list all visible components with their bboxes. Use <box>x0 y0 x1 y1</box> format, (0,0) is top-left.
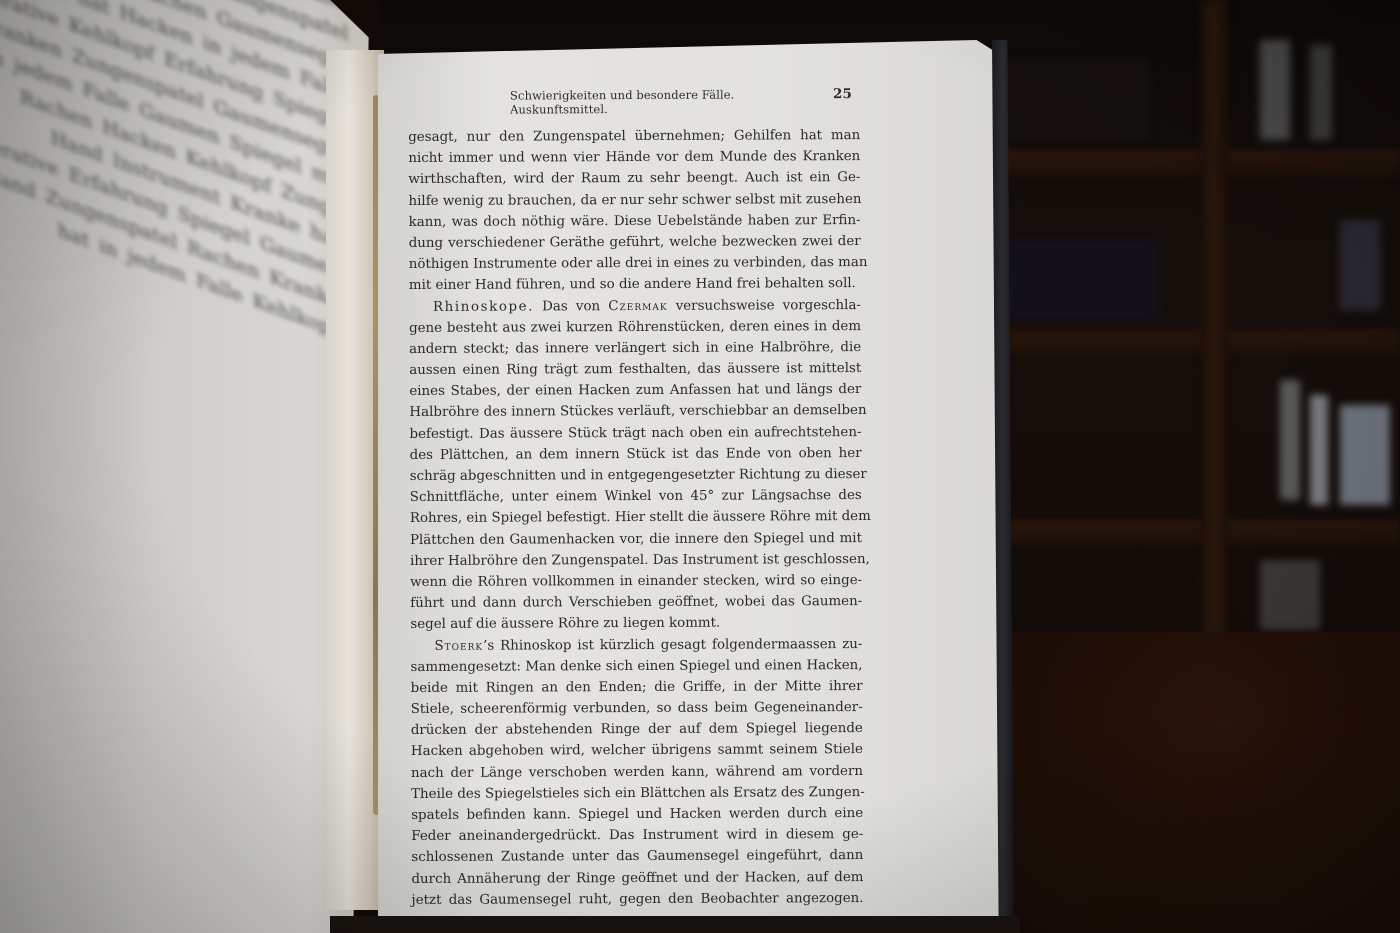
text-line: ihrer Halbröhre den Zungenspatel. Das In… <box>410 549 862 572</box>
text-line: Theile des Spiegelstieles sich ein Blätt… <box>411 782 863 805</box>
text-line: nicht immer und wenn vier Hände vor dem … <box>408 146 860 169</box>
text-line: Rohres, ein Spiegel befestigt. Hier stel… <box>410 506 862 529</box>
text-line: gene besteht aus zwei kurzen Röhrenstück… <box>409 316 861 339</box>
text-line: aussen einen Ring trägt zum festhalten, … <box>409 358 861 381</box>
text-line: kann, was doch nöthig wäre. Diese Uebels… <box>409 210 861 233</box>
book-spine <box>1310 395 1328 505</box>
text-line: schlossenen Zustande unter das Gaumenseg… <box>411 845 863 868</box>
text-line: Stiele, scheerenförmig verbunden, so das… <box>411 697 863 720</box>
text-line: führt und dann durch Verschieben geöffne… <box>410 591 862 614</box>
text-line: sammengesetzt: Man denke sich einen Spie… <box>410 655 862 678</box>
book-spine <box>1280 380 1300 500</box>
text-line: Hacken abgehoben wird, welcher übrigens … <box>411 739 863 762</box>
text-line: beide mit Ringen an den Enden; die Griff… <box>411 676 863 699</box>
text-line: wirthschaften, wird der Raum zu sehr bee… <box>408 167 860 190</box>
book-spine <box>1260 40 1290 140</box>
book-spine <box>1260 560 1320 630</box>
text-line: spatels befinden kann. Spiegel und Hacke… <box>411 803 863 826</box>
shelf-post <box>1200 0 1228 640</box>
text-line: Halbröhre des innern Stückes verläuft, v… <box>409 400 861 423</box>
wooden-table <box>960 632 1400 933</box>
text-line: nöthigen Instrumente oder alle drei in e… <box>409 252 861 275</box>
text-line: jetzt das Gaumensegel ruht, gegen den Be… <box>411 888 863 911</box>
text-line: dung verschiedener Geräthe geführt, welc… <box>409 231 861 254</box>
page-number: 25 <box>833 86 860 102</box>
paragraph-rhinoskope-start: Rhinoskope. Das von Czermak versuchsweis… <box>409 295 861 318</box>
text-line: wenn die Röhren vollkommen in einander s… <box>410 570 862 593</box>
paragraph-stoerk-start: Stoerk’s Rhinoskop ist kürzlich gesagt f… <box>410 634 862 657</box>
book-spine <box>1310 45 1332 140</box>
text-line: eines Stabes, der einen Hacken zum Anfas… <box>409 379 861 402</box>
left-page-blurred-text: Spiegel Zunge Gaumen Kranken Hand Spiege… <box>0 0 350 346</box>
text-line: andern steckt; das innere verlängert sic… <box>409 337 861 360</box>
author-name: Czermak <box>608 298 667 313</box>
text-line: Schnittfläche, unter einem Winkel von 45… <box>410 485 862 508</box>
text-line: Feder aneinandergedrückt. Das Instrument… <box>411 824 863 847</box>
book-spine <box>1000 240 1160 320</box>
text-line: schräg abgeschnitten und in entgegengese… <box>410 464 862 487</box>
book-spine <box>1000 60 1150 140</box>
book-spine <box>1340 220 1380 310</box>
text-line: des Plättchen, an dem innern Stück ist d… <box>410 443 862 466</box>
photo-scene: Spiegel Zunge Gaumen Kranken Hand Spiege… <box>0 0 1400 933</box>
section-term: Rhinoskope. <box>433 299 534 314</box>
running-head-title: Schwierigkeiten und besondere Fälle. Aus… <box>510 87 833 116</box>
text-line: gesagt, nur den Zungenspatel übernehmen;… <box>408 125 860 148</box>
right-page-content: Schwierigkeiten und besondere Fälle. Aus… <box>408 86 864 911</box>
text-line: mit einer Hand führen, und so die andere… <box>409 273 861 296</box>
text-line: hilfe wenig zu brauchen, da er nur sehr … <box>408 189 860 212</box>
text-line: durch Annäherung der Ringe geöffnet und … <box>411 867 863 890</box>
author-name: Stoerk <box>434 638 483 653</box>
text-line: segel auf die äussere Röhre zu liegen ko… <box>410 612 862 635</box>
body-text: gesagt, nur den Zungenspatel übernehmen;… <box>408 125 863 911</box>
text-line: nach der Länge verschoben werden kann, w… <box>411 761 863 784</box>
text-line: befestigt. Das äussere Stück trägt nach … <box>409 422 861 445</box>
page-bottom-shadow <box>330 916 1020 933</box>
text-line: drücken der abstehenden Ringe der auf de… <box>411 718 863 741</box>
text-line: Plättchen den Gaumenhacken vor, die inne… <box>410 528 862 551</box>
running-head: Schwierigkeiten und besondere Fälle. Aus… <box>408 86 860 117</box>
book-spine <box>1340 405 1390 505</box>
